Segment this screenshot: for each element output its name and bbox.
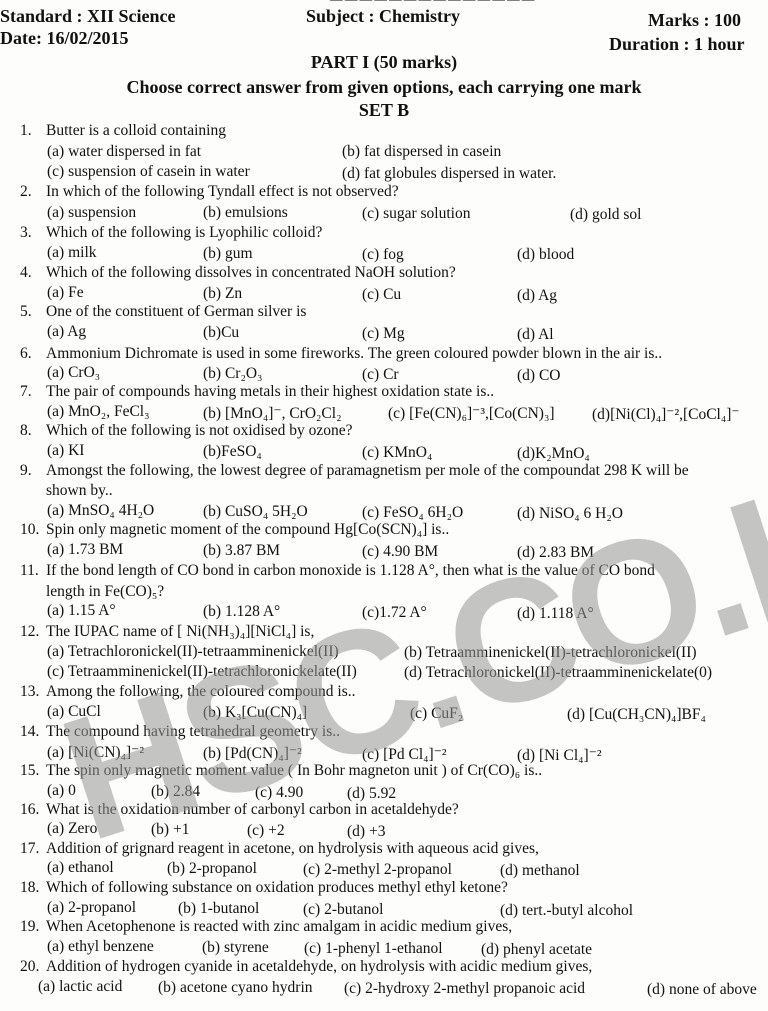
option-b: (b) 2-propanol [167,860,257,878]
question-15: 15.The spin only magnetic moment value (… [20,762,542,780]
option-d: (d) +3 [347,823,385,841]
option-d: (d) 2.83 BM [517,544,594,562]
option-a: (a) Zero [47,820,97,838]
option-d: (d) NiSO₄ 6 H₂O [517,505,623,523]
option-a: (a) suspension [47,204,136,222]
option-a: (a) water dispersed in fat [47,143,201,161]
option-c: (c) fog [362,246,404,264]
set-label: SET B [0,100,768,121]
question-text: When Acetophenone is reacted with zinc a… [46,918,512,935]
question-number: 19. [20,918,46,936]
question-text-continued: shown by.. [46,482,113,500]
question-2: 2.In which of the following Tyndall effe… [20,183,399,201]
option-d: (d)[Ni(Cl)₄]⁻²,[CoCl₄]⁻ [592,405,740,424]
option-b: (b) emulsions [203,204,288,222]
instruction-text: Choose correct answer from given options… [0,77,768,98]
question-number: 5. [20,303,46,321]
option-a: (a) 1.73 BM [47,541,123,559]
question-number: 11. [20,562,46,580]
question-text: Which of the following dissolves in conc… [46,264,456,281]
option-a: (a) Fe [47,284,84,302]
question-text: If the bond length of CO bond in carbon … [46,562,655,579]
question-5: 5.One of the constituent of German silve… [20,303,306,321]
option-d: (d) Ag [517,287,557,305]
option-a: (a) MnSO₄ 4H₂O [47,502,154,520]
question-text: The IUPAC name of [ Ni(NH₃)₄][NiCl₄] is, [46,623,314,640]
question-text: In which of the following Tyndall effect… [46,183,399,200]
option-d: (d) Al [517,326,554,344]
question-text: Which of following substance on oxidatio… [46,879,508,896]
option-a: (a) KI [47,442,84,460]
option-a: (a) 2-propanol [47,899,136,917]
question-number: 2. [20,183,46,201]
option-b: (b) styrene [202,939,269,957]
option-b: (b) 3.87 BM [203,542,280,560]
option-b: (b) CuSO₄ 5H₂O [203,503,308,521]
option-c: (c) CuF₂ [410,705,463,723]
option-d: (d) gold sol [570,206,641,224]
question-number: 7. [20,383,46,401]
option-c: (c) suspension of casein in water [47,163,250,181]
option-d: (d) Tetrachloronickel(II)-tetraamminenic… [404,664,712,682]
option-c: (c) sugar solution [362,205,470,223]
question-9: 9.Amongst the following, the lowest degr… [20,462,689,480]
question-text: Amongst the following, the lowest degree… [46,462,689,479]
option-b: (b)FeSO₄ [203,443,262,461]
question-text: What is the oxidation number of carbonyl… [46,801,459,818]
question-number: 6. [20,345,46,363]
exam-paper: ▀▀▀▀▀▀▀▀▀▀▀▀▀▀ Standard : XII Science Da… [0,0,768,1011]
option-c: (c)1.72 A° [362,604,427,622]
question-number: 20. [20,958,46,976]
option-c: (c) 1-phenyl 1-ethanol [304,940,443,958]
question-4: 4.Which of the following dissolves in co… [20,264,456,282]
question-number: 1. [20,122,46,140]
option-c: (c) Cu [362,286,401,304]
subject-label: Subject : Chemistry [306,6,460,27]
option-a: (a) CrO₃ [47,364,100,382]
option-b: (b) [Pd(CN)₄]⁻² [203,744,302,763]
option-b: (b) Zn [203,285,242,303]
option-b: (b) 1.128 A° [203,603,280,621]
marks-label: Marks : 100 [648,10,741,31]
option-d: (d) CO [517,367,560,385]
option-a: (a) lactic acid [38,978,122,996]
option-b: (b) gum [203,245,253,263]
question-3: 3.Which of the following is Lyophilic co… [20,224,322,242]
option-d: (d) methanol [500,862,580,880]
question-number: 9. [20,462,46,480]
question-text: The pair of compounds having metals in t… [46,383,494,400]
option-a: (a) Ag [47,323,86,341]
option-c: (c) KMnO₄ [362,444,432,462]
option-d: (d) fat globules dispersed in water. [342,165,556,183]
option-c: (c) [Fe(CN)₆]⁻³,[Co(CN)₃] [388,404,555,423]
question-number: 16. [20,801,46,819]
option-b: (b) Tetraamminenickel(II)-tetrachloronic… [404,644,697,662]
option-b: (b) 2.84 [151,783,200,801]
option-c: (c) 2-methyl 2-propanol [303,861,452,879]
option-b: (b) K₃[Cu(CN)₄] [203,704,307,722]
option-c: (c) 4.90 [255,784,303,802]
question-number: 3. [20,224,46,242]
part-title: PART I (50 marks) [0,52,768,73]
question-14: 14.The compound having tetrahedral geome… [20,723,340,741]
option-b: (b) fat dispersed in casein [342,143,501,161]
option-c: (c) +2 [247,822,285,840]
question-text: Among the following, the coloured compou… [46,683,356,700]
option-c: (c) FeSO₄ 6H₂O [362,504,463,522]
question-10: 10.Spin only magnetic moment of the comp… [20,521,449,539]
option-d: (d) none of above [647,981,757,999]
question-number: 12. [20,623,46,641]
option-c: (c) 2-butanol [303,901,383,919]
option-a: (a) CuCl [47,703,101,721]
option-c: (c) Cr [362,366,399,384]
question-13: 13.Among the following, the coloured com… [20,683,356,701]
option-a: (a) Tetrachloronickel(II)-tetraamminenic… [47,643,339,661]
option-b: (b) acetone cyano hydrin [158,979,313,997]
option-c: (c) Mg [362,325,405,343]
option-d: (d) tert.-butyl alcohol [500,902,633,920]
question-20: 20.Addition of hydrogen cyanide in aceta… [20,958,592,976]
question-number: 4. [20,264,46,282]
option-a: (a) [Ni(CN)₄]⁻² [47,743,144,762]
option-b: (b)Cu [203,324,239,342]
option-a: (a) 1.15 A° [47,602,116,620]
option-c: (c) 4.90 BM [362,543,438,561]
question-text: One of the constituent of German silver … [46,303,306,320]
question-text: The compound having tetrahedral geometry… [46,723,340,740]
question-number: 17. [20,840,46,858]
question-16: 16.What is the oxidation number of carbo… [20,801,459,819]
question-12: 12.The IUPAC name of [ Ni(NH₃)₄][NiCl₄] … [20,623,314,641]
question-18: 18.Which of following substance on oxida… [20,879,508,897]
question-number: 8. [20,422,46,440]
question-text: Spin only magnetic moment of the compoun… [46,521,449,538]
question-text: Butter is a colloid containing [46,122,226,139]
date-label: Date: 16/02/2015 [0,28,128,49]
option-d: (d) phenyl acetate [481,941,592,959]
question-text: Addition of hydrogen cyanide in acetalde… [46,958,592,975]
option-d: (d) [Cu(CH₃CN)₄]BF₄ [567,706,706,724]
option-a: (a) ethanol [47,859,114,877]
question-17: 17.Addition of grignard reagent in aceto… [20,840,539,858]
question-number: 13. [20,683,46,701]
option-d: (d) 1.118 A° [517,605,594,623]
option-d: (d)K₂MnO₄ [517,445,590,463]
option-b: (b) Cr₂O₃ [203,365,262,383]
option-b: (b) 1-butanol [178,900,259,918]
question-8: 8.Which of the following is not oxidised… [20,422,353,440]
option-a: (a) milk [47,244,97,262]
question-text: Ammonium Dichromate is used in some fire… [46,345,662,362]
question-number: 18. [20,879,46,897]
option-b: (b) [MnO₄]⁻, CrO₂Cl₂ [203,404,341,423]
question-number: 15. [20,762,46,780]
option-d: (d) blood [517,246,574,264]
question-text-continued: length in Fe(CO)₅? [46,583,164,601]
standard-label: Standard : XII Science [0,6,176,27]
question-7: 7.The pair of compounds having metals in… [20,383,494,401]
option-c: (c) 2-hydroxy 2-methyl propanoic acid [344,980,585,998]
option-b: (b) +1 [151,821,189,839]
question-text: Addition of grignard reagent in acetone,… [46,840,539,857]
question-6: 6.Ammonium Dichromate is used in some fi… [20,345,662,363]
option-a: (a) 0 [47,782,76,800]
question-text: The spin only magnetic moment value ( In… [46,762,542,779]
question-19: 19.When Acetophenone is reacted with zin… [20,918,512,936]
question-1: 1.Butter is a colloid containing [20,122,226,140]
option-a: (a) ethyl benzene [47,938,154,956]
question-number: 14. [20,723,46,741]
question-number: 10. [20,521,46,539]
question-11: 11.If the bond length of CO bond in carb… [20,562,655,580]
question-text: Which of the following is not oxidised b… [46,422,353,439]
question-text: Which of the following is Lyophilic coll… [46,224,322,241]
option-c: (c) Tetraamminenickel(II)-tetrachloronic… [47,663,357,681]
option-a: (a) MnO₂, FeCl₃ [47,403,150,421]
cutoff-title-line: ▀▀▀▀▀▀▀▀▀▀▀▀▀▀ [330,0,560,4]
